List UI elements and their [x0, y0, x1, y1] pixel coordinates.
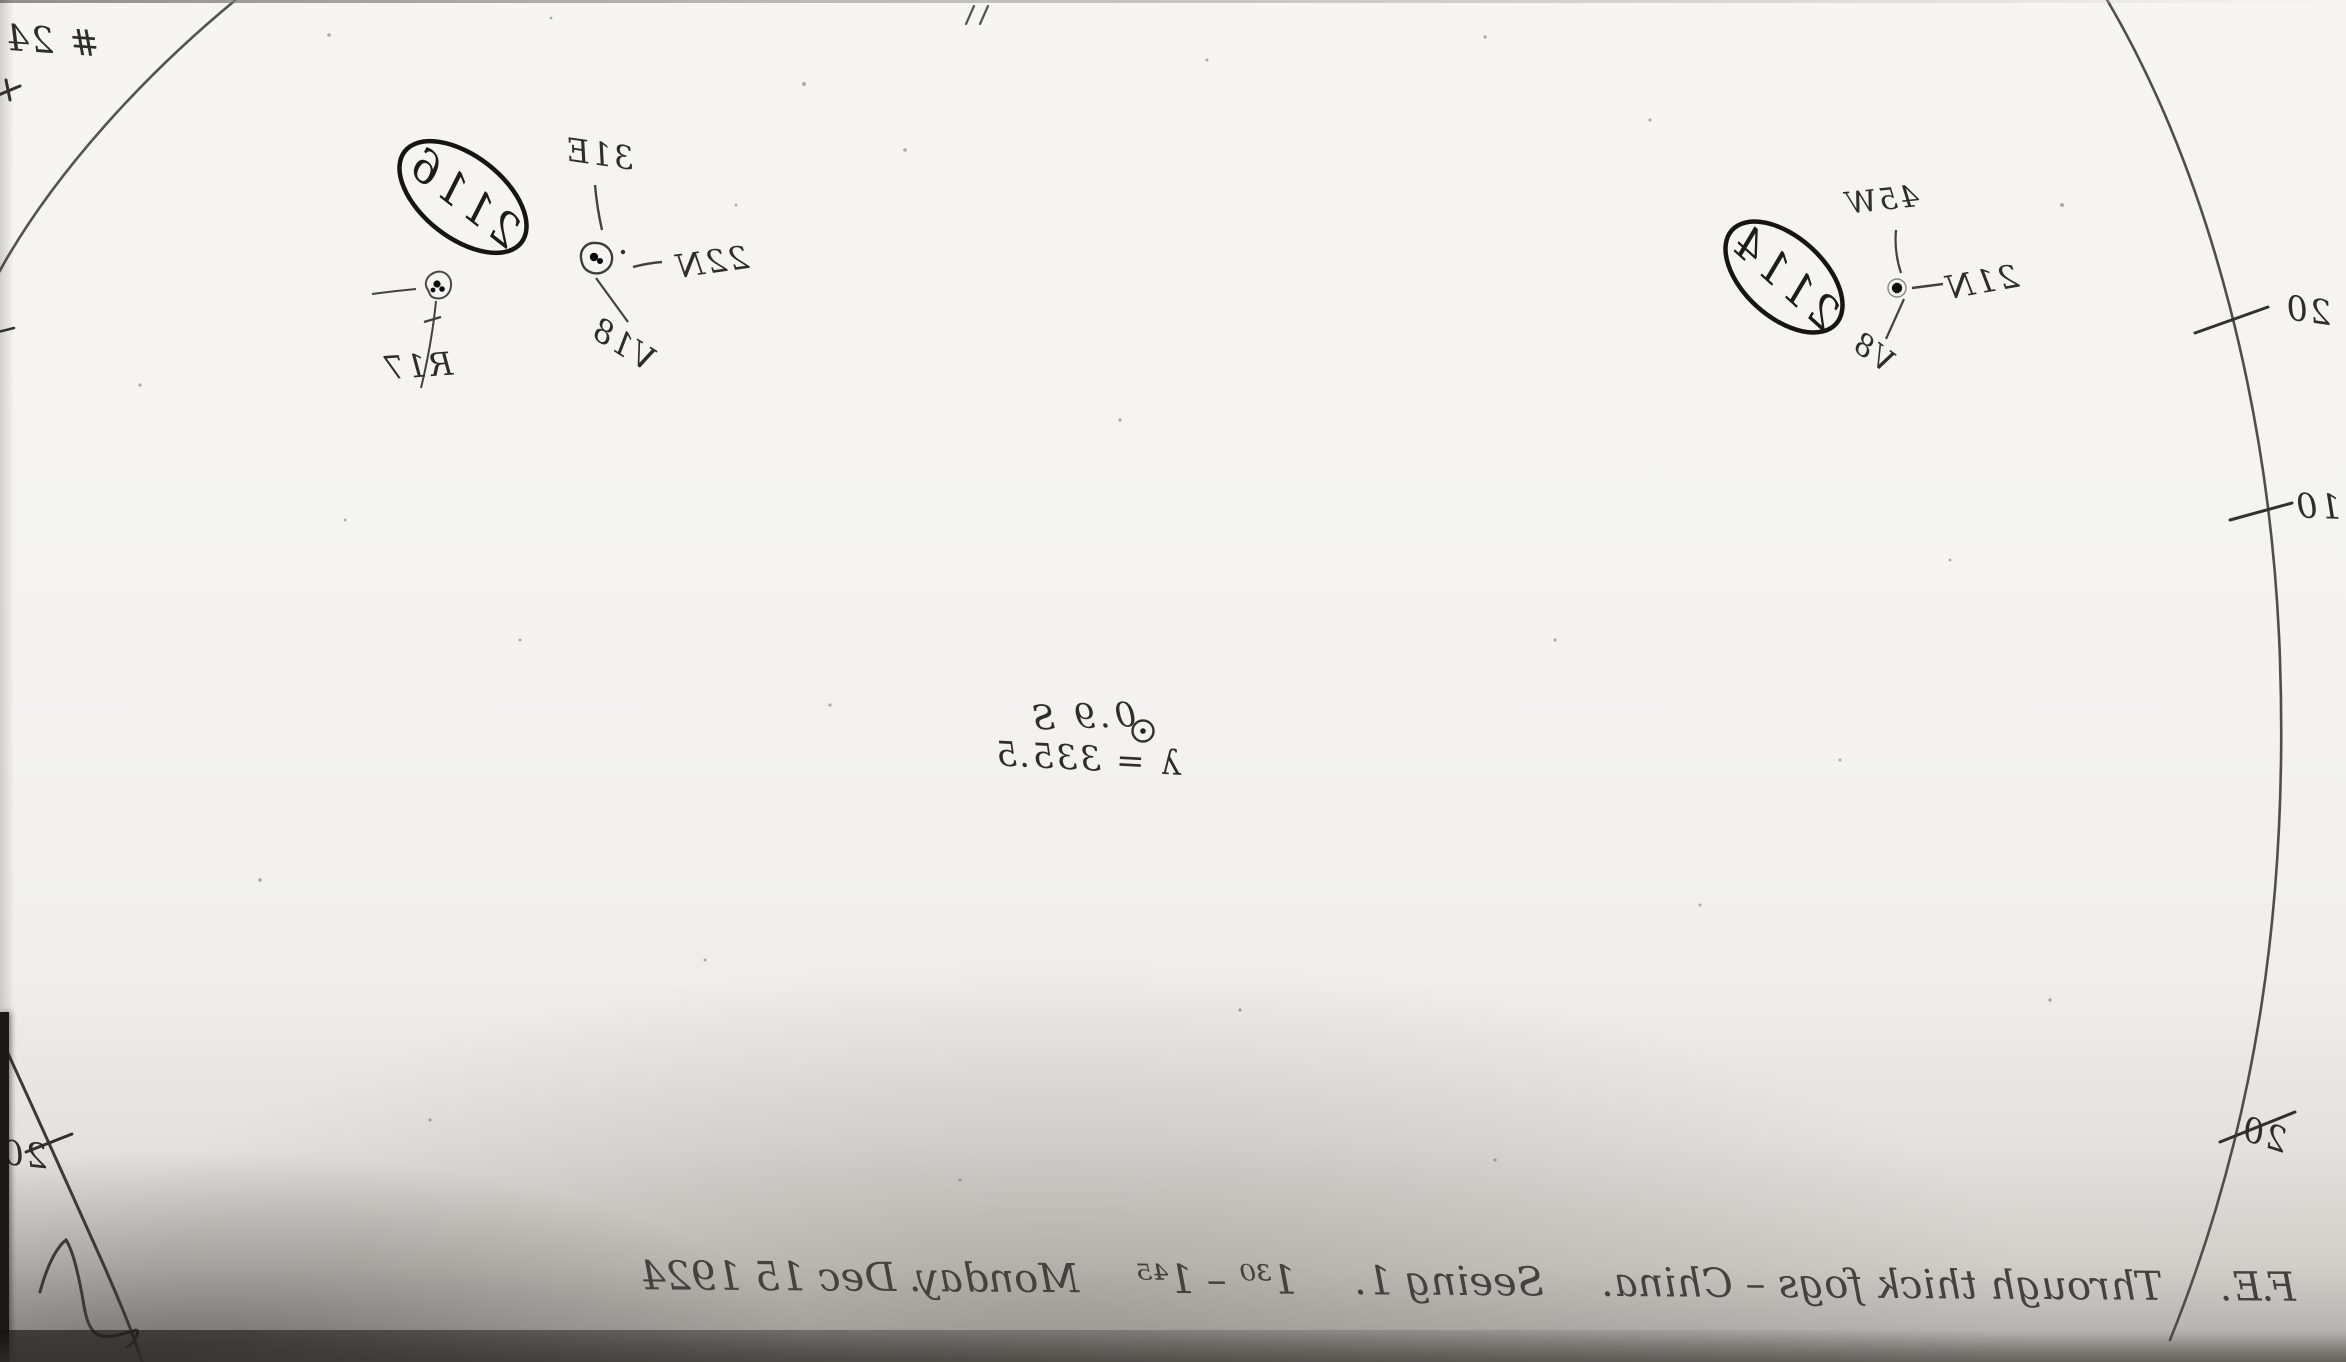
sunspot-b-dash-to-22n — [633, 262, 662, 267]
footer-initials: F.E. — [2220, 1265, 2296, 1310]
center-annotation-line2: λ = 335.5 — [993, 737, 1182, 781]
sunspot-a-umbra-2 — [439, 286, 445, 292]
label-spot-b-latitude: 22N — [672, 241, 750, 283]
scan-edge-top — [0, 0, 2346, 3]
scan-edge-bottom-shadow — [0, 1330, 2346, 1362]
label-spot-c-longitude: 45W — [1843, 182, 1921, 220]
label-spot-a-field: R17 — [381, 348, 454, 385]
footer-remark: Through thick fogs – China. — [1601, 1261, 2163, 1309]
sunspot-c-line-to-45w — [1896, 230, 1901, 273]
scan-edge-left-strip — [0, 1012, 9, 1362]
scanned-solar-drawing: { "scan": { "plate_number": "# 24", "lim… — [0, 0, 2346, 1362]
sunspot-a-stem-crossbar — [424, 317, 441, 322]
sunspot-b — [581, 185, 662, 322]
sunspot-a-umbra-3 — [431, 288, 436, 293]
footer-time: 1³⁰ – 1⁴⁵ — [1136, 1258, 1297, 1303]
plate-number: # 24 — [3, 21, 101, 64]
sunspot-c-umbra — [1892, 283, 1902, 293]
ditto-mark-stroke-2 — [980, 6, 988, 24]
sunspot-b-umbra-1 — [590, 253, 598, 261]
tick-label-right-middle: 10 — [2293, 489, 2341, 525]
disk-center-dot — [1140, 728, 1146, 734]
sunspot-b-satellite-dot — [621, 250, 625, 254]
footer-seeing: Seeing 1. — [1354, 1259, 1544, 1304]
sunspot-c — [1886, 230, 1943, 339]
footer-date: Monday. Dec 15 1924 — [640, 1254, 1080, 1301]
limb-arc-bottom-left — [0, 1032, 142, 1362]
sunspot-c-dash-to-21n — [1912, 284, 1943, 288]
ditto-mark — [966, 6, 988, 24]
solar-limb — [0, 0, 2281, 1362]
drawing-canvas — [0, 0, 2346, 1362]
ditto-mark-stroke-1 — [966, 6, 974, 24]
center-annotation-line1: 0.9 S — [1027, 698, 1136, 736]
sunspot-c-line-to-v8 — [1886, 299, 1904, 339]
sunspot-b-umbra-2 — [597, 258, 603, 264]
label-spot-b-longitude: 31E — [562, 133, 636, 174]
limb-ticks — [0, 80, 2295, 1152]
tick-label-right-upper: 20 — [2282, 291, 2334, 331]
tick-right-middle — [2230, 503, 2292, 520]
sunspot-a-leader-line — [372, 289, 416, 294]
sunspot-a-umbra-1 — [433, 280, 440, 287]
sunspot-b-line-to-31e — [595, 185, 602, 230]
